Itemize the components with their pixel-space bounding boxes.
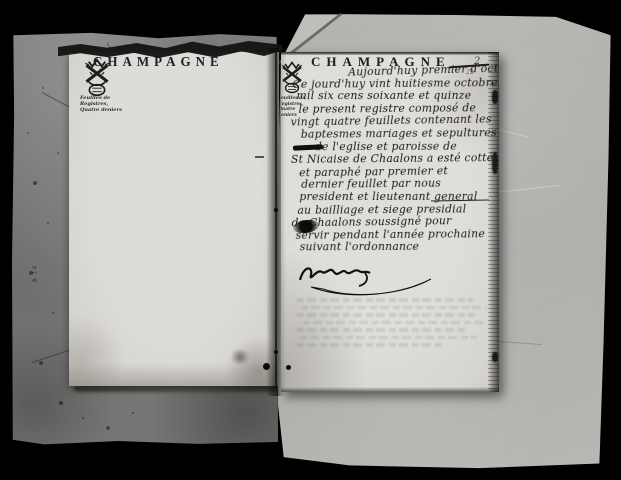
left-page-header: CHAMPAGNE: [93, 55, 263, 70]
book-gutter: [266, 48, 286, 396]
ink-blob: [274, 208, 278, 212]
cover-pencil-mark: A 14: [31, 265, 38, 283]
scanned-register-photo: A 14 CHAMPAGNE Feuilles de Registres, Qu…: [0, 0, 621, 480]
gutter-fold-line: [275, 52, 277, 387]
ink-blob: [263, 363, 270, 370]
bleedthrough-line: [297, 298, 473, 302]
manuscript-line: suivant l'ordonnance: [300, 241, 494, 254]
page-bottom-edge: [281, 387, 499, 392]
bleedthrough-line: [303, 321, 486, 325]
tax-stamp-text-line: Quatre deniers: [80, 107, 122, 113]
bleedthrough-line: [297, 328, 467, 332]
right-page: CHAMPAGNE 2 22 Feuilles de Registres, Qu…: [281, 52, 499, 392]
page-stain: [229, 350, 251, 364]
bleedthrough-line: [297, 313, 475, 317]
fore-edge-blot: [492, 352, 498, 362]
fore-edge-blot: [492, 90, 498, 104]
ink-blob: [274, 350, 278, 354]
ink-blob: [286, 365, 291, 370]
ink-dash-mark: [255, 156, 264, 158]
bleedthrough-line: [300, 336, 477, 340]
bleedthrough-line: [301, 306, 487, 310]
bleedthrough-line: [297, 343, 445, 347]
fore-edge-blot: [492, 152, 498, 174]
signature-flourish: [295, 256, 435, 300]
manuscript-text: Aujourd'huy premier d'octobre Ce jourd'h…: [290, 64, 494, 255]
left-page: CHAMPAGNE Feuilles de Registres, Quatre …: [69, 52, 279, 386]
tax-stamp-text: Feuilles de Registres, Quatre deniers: [80, 95, 122, 113]
cover-speckles: [12, 32, 14, 34]
page-fore-edge: [488, 52, 499, 392]
tax-stamp-icon: [78, 57, 116, 97]
ink-bleedthrough: [297, 298, 487, 351]
